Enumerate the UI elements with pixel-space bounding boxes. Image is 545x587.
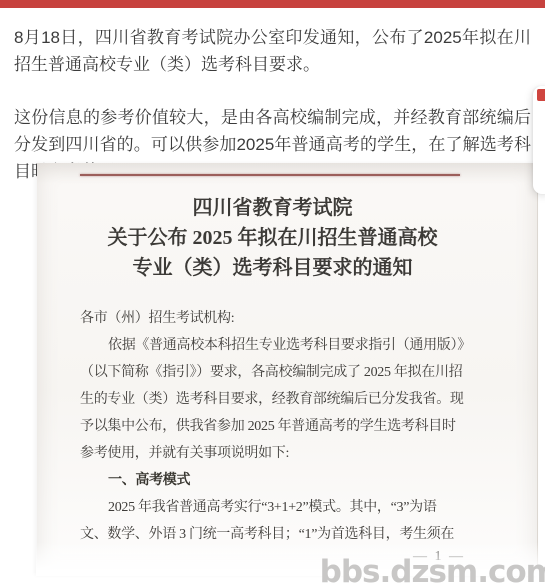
- page-root: 8月18日，四川省教育考试院办公室印发通知，公布了2025年拟在川招生普通高校专…: [0, 0, 545, 587]
- notice-body-line: 参考使用，并就有关事项说明如下:: [80, 440, 465, 467]
- notice-body-line: 依据《普通高校本科招生专业选考科目要求指引（通用版）》: [80, 332, 465, 359]
- notice-body-line: 2025 年我省普通高考实行“3+1+2”模式。其中，“3”为语: [80, 494, 465, 521]
- notice-salutation: 各市（州）招生考试机构:: [80, 305, 465, 332]
- scan-text-block: 四川省教育考试院 关于公布 2025 年拟在川招生普通高校 专业（类）选考科目要…: [80, 193, 465, 565]
- notice-body-line: 文、数学、外语 3 门统一高考科目；“1”为首选科目，考生须在: [80, 521, 465, 548]
- top-accent-bar: [0, 0, 545, 8]
- notice-title-line-1: 四川省教育考试院: [80, 193, 465, 223]
- article-paragraph-1: 8月18日，四川省教育考试院办公室印发通知，公布了2025年拟在川招生普通高校专…: [14, 24, 531, 78]
- site-watermark: bbs.dzsm.com: [320, 554, 545, 587]
- scan-header-rule: [80, 174, 460, 176]
- notice-scan-image[interactable]: 四川省教育考试院 关于公布 2025 年拟在川招生普通高校 专业（类）选考科目要…: [37, 163, 538, 575]
- notice-body: 各市（州）招生考试机构: 依据《普通高校本科招生专业选考科目要求指引（通用版）》…: [80, 305, 465, 548]
- notice-body-line: 生的专业（类）选考科目要求，经教育部统编后已分发我省。现: [80, 386, 465, 413]
- side-tool-red-icon[interactable]: [537, 89, 545, 101]
- notice-body-line: 予以集中公布，供我省参加 2025 年普通高考的学生选考科目时: [80, 413, 465, 440]
- notice-title: 四川省教育考试院 关于公布 2025 年拟在川招生普通高校 专业（类）选考科目要…: [80, 193, 465, 283]
- notice-title-line-3: 专业（类）选考科目要求的通知: [80, 253, 465, 283]
- notice-section-heading: 一、高考模式: [80, 467, 465, 494]
- floating-side-toolbar[interactable]: [533, 86, 545, 194]
- notice-body-line: （以下简称《指引》）要求，各高校编制完成了 2025 年拟在川招: [80, 359, 465, 386]
- notice-title-line-2: 关于公布 2025 年拟在川招生普通高校: [80, 223, 465, 253]
